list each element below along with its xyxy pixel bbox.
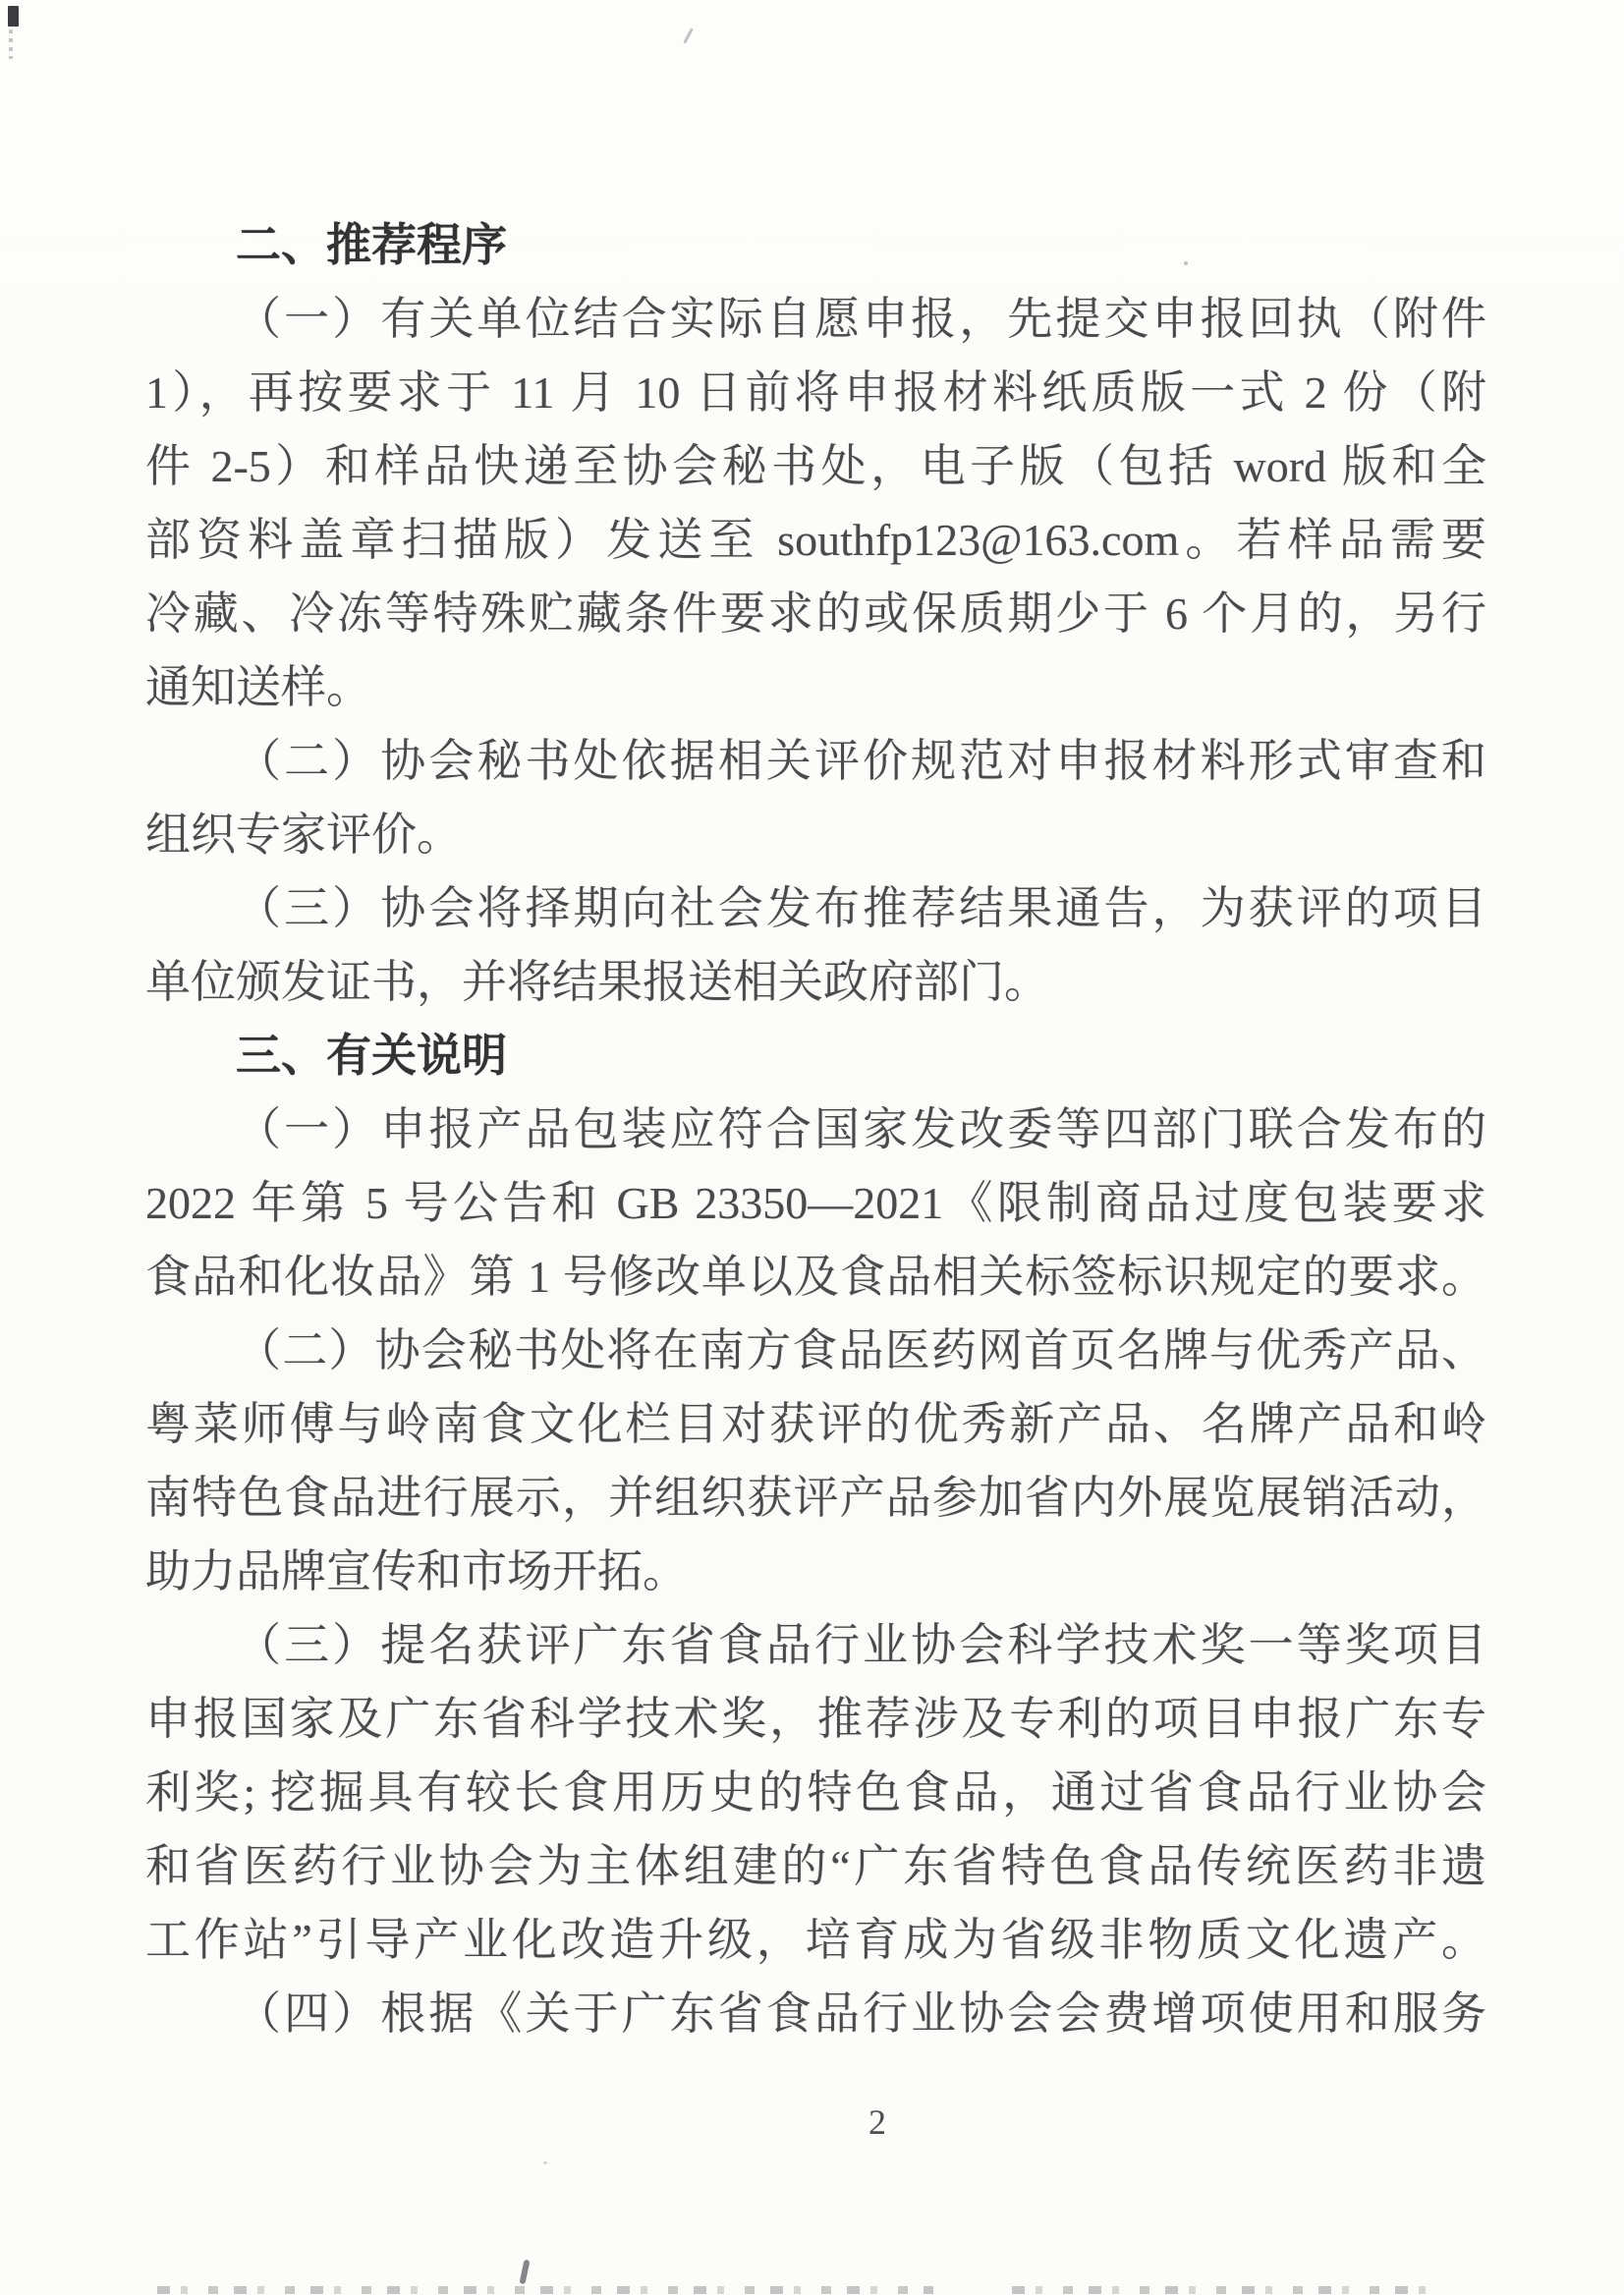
- text-line: 和省医药行业协会为主体组建的“广东省特色食品传统医药非遗: [145, 1829, 1486, 1903]
- text-line: 利奖; 挖掘具有较长食用历史的特色食品，通过省食品行业协会: [145, 1756, 1486, 1829]
- scan-artifact-top-left-smudge: [9, 29, 13, 59]
- text-line: 粤菜师傅与岭南食文化栏目对获评的优秀新产品、名牌产品和岭: [145, 1387, 1486, 1461]
- scan-artifact-bottom-slash: [519, 2260, 530, 2285]
- scanned-document-page: 二、推荐程序（一）有关单位结合实际自愿申报，先提交申报回执（附件1），再按要求于…: [0, 0, 1624, 2295]
- text-line: （一）申报产品包装应符合国家发改委等四部门联合发布的: [145, 1092, 1486, 1166]
- text-line: 冷藏、冷冻等特殊贮藏条件要求的或保质期少于 6 个月的，另行: [145, 577, 1486, 650]
- scan-artifact-cutoff-text-fragments: [157, 2286, 933, 2294]
- section-heading: 二、推荐程序: [145, 208, 1486, 282]
- text-line: 单位颁发证书，并将结果报送相关政府部门。: [145, 945, 1486, 1019]
- text-line: （三）提名获评广东省食品行业协会科学技术奖一等奖项目: [145, 1608, 1486, 1682]
- text-line: 组织专家评价。: [145, 798, 1486, 871]
- section-heading: 三、有关说明: [145, 1019, 1486, 1092]
- text-line: 通知送样。: [145, 650, 1486, 724]
- text-line: 南特色食品进行展示，并组织获评产品参加省内外展览展销活动，: [145, 1461, 1486, 1535]
- scan-artifact-top-left-block: [8, 6, 19, 27]
- text-line: 助力品牌宣传和市场开拓。: [145, 1535, 1486, 1608]
- text-line: （四）根据《关于广东省食品行业协会会费增项使用和服务: [145, 1977, 1486, 2050]
- text-line: （二）协会秘书处将在南方食品医药网首页名牌与优秀产品、: [145, 1314, 1486, 1387]
- text-line: 食品和化妆品》第 1 号修改单以及食品相关标签标识规定的要求。: [145, 1240, 1486, 1314]
- text-line: 申报国家及广东省科学技术奖，推荐涉及专利的项目申报广东专: [145, 1682, 1486, 1756]
- text-line: 1），再按要求于 11 月 10 日前将申报材料纸质版一式 2 份（附: [145, 356, 1486, 429]
- text-line: 件 2-5）和样品快递至协会秘书处，电子版（包括 word 版和全: [145, 429, 1486, 503]
- page-number: 2: [868, 2102, 886, 2142]
- scan-artifact-dot: [543, 2161, 547, 2164]
- text-line: 工作站”引导产业化改造升级，培育成为省级非物质文化遗产。: [145, 1903, 1486, 1977]
- text-line: （二）协会秘书处依据相关评价规范对申报材料形式审查和: [145, 724, 1486, 798]
- scan-artifact-cutoff-text-fragments: [1012, 2286, 1434, 2294]
- text-line: 部资料盖章扫描版）发送至 southfp123@163.com。若样品需要: [145, 503, 1486, 577]
- document-body: 二、推荐程序（一）有关单位结合实际自愿申报，先提交申报回执（附件1），再按要求于…: [145, 208, 1486, 2050]
- text-line: 2022 年第 5 号公告和 GB 23350—2021《限制商品过度包装要求: [145, 1166, 1486, 1240]
- scan-artifact-center-slash: [683, 28, 694, 43]
- text-line: （一）有关单位结合实际自愿申报，先提交申报回执（附件: [145, 282, 1486, 356]
- text-line: （三）协会将择期向社会发布推荐结果通告，为获评的项目: [145, 871, 1486, 945]
